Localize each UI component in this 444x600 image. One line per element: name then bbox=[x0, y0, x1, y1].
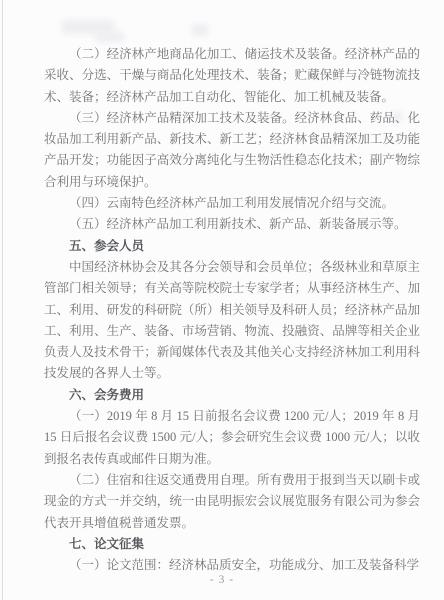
document-paragraph: （二）住宿和往返交通费用自理。所有费用于报到当天以刷卡或现金的方式一并交纳，统一… bbox=[44, 470, 420, 534]
document-paragraph: （一）2019 年 8 月 15 日前报名会议费 1200 元/人；2019 年… bbox=[44, 406, 420, 470]
document-paragraph: （五）经济林产品加工利用新技术、新产品、新装备展示等。 bbox=[44, 214, 420, 235]
ink-bleedthrough-smudge bbox=[96, 32, 124, 42]
scan-edge-shadow bbox=[2, 0, 3, 600]
document-paragraph: 中国经济林协会及其各分会领导和会员单位；各级林业和草原主管部门相关领导；有关高等… bbox=[44, 257, 420, 385]
document-paragraph: （二）经济林产地商品化加工、储运技术及装备。经济林产品的采收、分选、干燥与商品化… bbox=[44, 44, 420, 108]
page-number: - 3 - bbox=[0, 574, 444, 586]
document-paragraph: （四）云南特色经济林产品加工利用发展情况介绍与交流。 bbox=[44, 193, 420, 214]
ink-bleedthrough-smudge bbox=[192, 24, 208, 36]
section-heading: 七、论文征集 bbox=[44, 534, 420, 555]
document-paragraph: （三）经济林产品精深加工技术及装备。经济林食品、药品、化妆品加工利用新产品、新技… bbox=[44, 108, 420, 193]
scanned-document-page: （二）经济林产地商品化加工、储运技术及装备。经济林产品的采收、分选、干燥与商品化… bbox=[0, 0, 444, 600]
document-body: （二）经济林产地商品化加工、储运技术及装备。经济林产品的采收、分选、干燥与商品化… bbox=[44, 44, 420, 576]
section-heading: 六、会务费用 bbox=[44, 385, 420, 406]
section-heading: 五、参会人员 bbox=[44, 236, 420, 257]
